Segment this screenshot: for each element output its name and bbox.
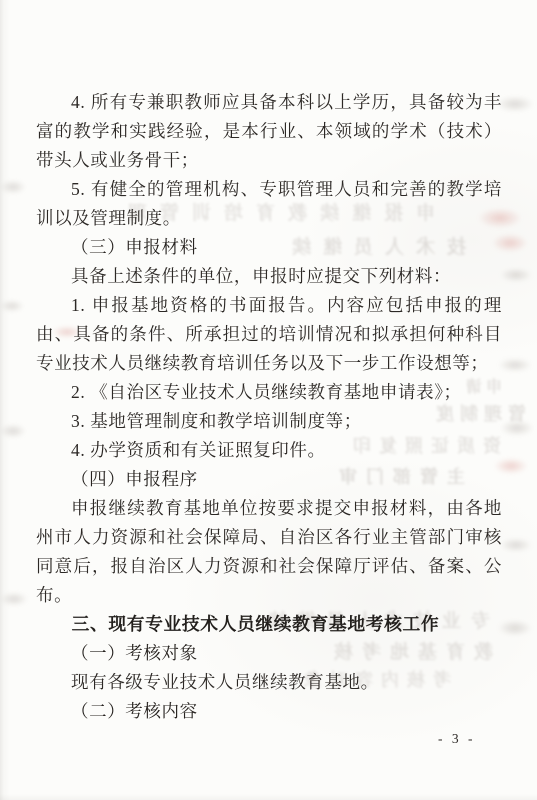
section-subheading: （三）申报材料 [36,233,502,262]
scan-smudge [0,300,24,312]
section-subheading: （一）考核对象 [36,639,502,668]
scan-smudge [500,538,532,552]
scan-smudge [500,268,532,282]
document-content: 4. 所有专兼职教师应具备本科以上学历，具备较为丰富的教学和实践经验，是本行业、… [36,88,502,726]
body-paragraph: 5. 有健全的管理机构、专职管理人员和完善的教学培训以及管理制度。 [36,175,502,233]
section-subheading: （四）申报程序 [36,465,502,494]
scan-smudge [500,420,534,436]
body-paragraph: 现有各级专业技术人员继续教育基地。 [36,668,502,697]
body-paragraph: 4. 所有专兼职教师应具备本科以上学历，具备较为丰富的教学和实践经验，是本行业、… [36,88,502,175]
body-paragraph: 3. 基地管理制度和教学培训制度等； [36,407,502,436]
body-paragraph: 具备上述条件的单位，申报时应提交下列材料： [36,262,502,291]
page-number: - 3 - [438,731,476,747]
scan-smudge [498,620,532,636]
chapter-heading: 三、现有专业技术人员继续教育基地考核工作 [36,610,502,639]
body-paragraph: 1. 申报基地资格的书面报告。内容应包括申报的理由、具备的条件、所承担过的培训情… [36,291,502,378]
body-paragraph: 4. 办学资质和有关证照复印件。 [36,436,502,465]
section-subheading: （二）考核内容 [36,697,502,726]
scan-smudge [0,424,26,438]
scanned-document-page: 申报继续教育培训管理 技术人员继续 管理制度 资质证照复印 主管部门审 专业技术… [0,0,537,800]
scan-smudge [0,180,26,194]
body-paragraph: 2. 《自治区专业技术人员继续教育基地申请表》； [36,378,502,407]
scan-smudge [498,358,532,372]
body-paragraph: 申报继续教育基地单位按要求提交申报材料，由各地州市人力资源和社会保障局、自治区各… [36,494,502,610]
scan-smudge [0,592,28,606]
